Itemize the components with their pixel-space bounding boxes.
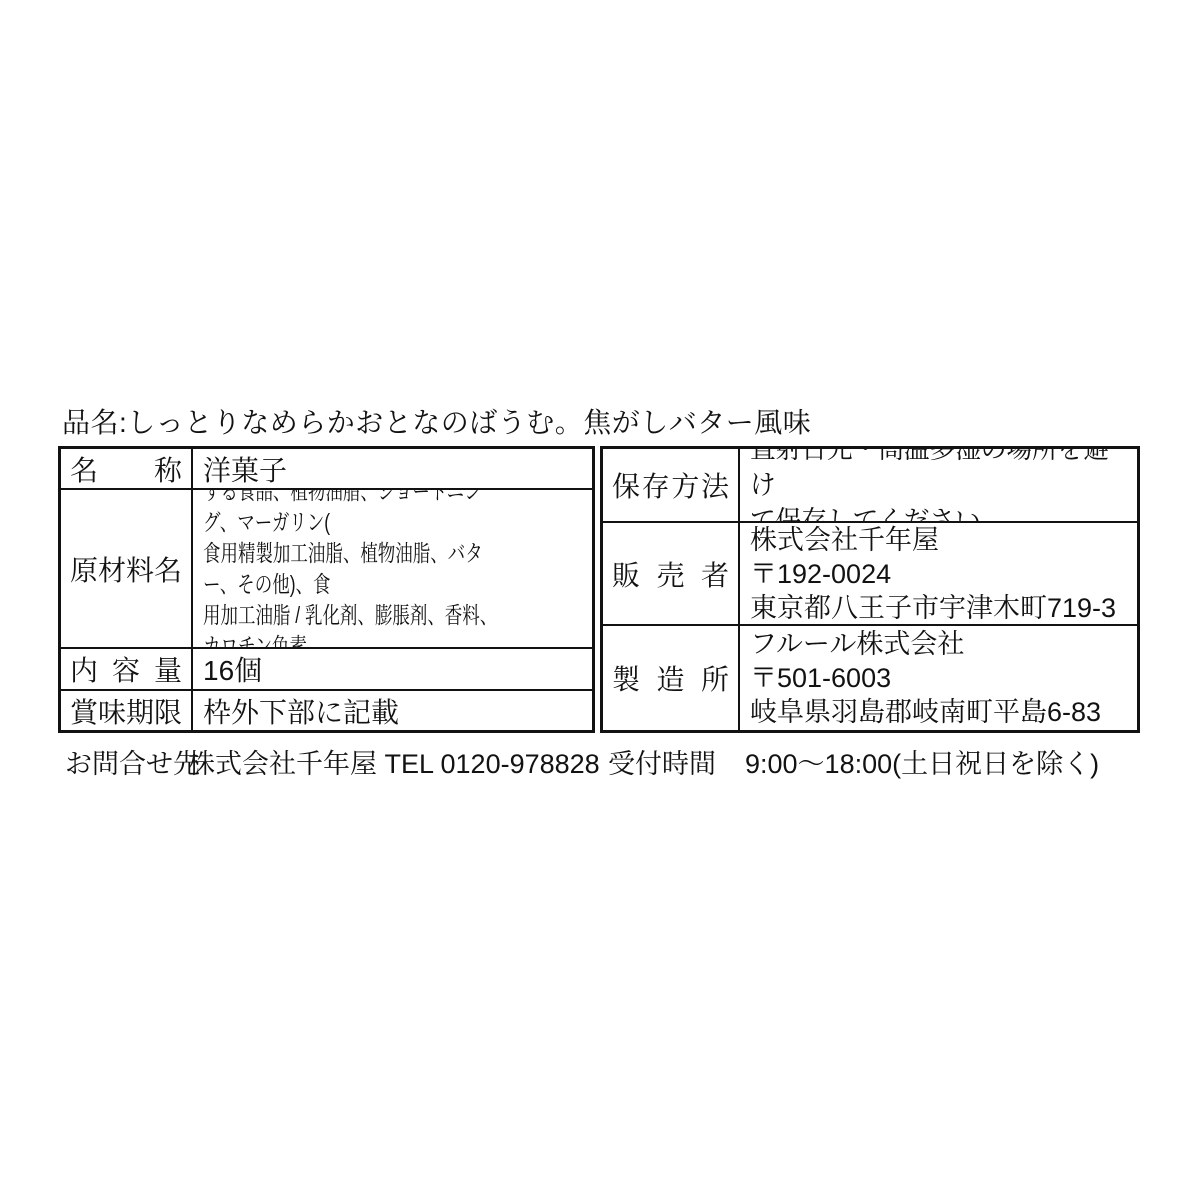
manufacturer-value-cell: フルール株式会社 〒501-6003 岐阜県羽島郡岐南町平島6-83 [740, 626, 1137, 730]
hours-label: 受付時間 [608, 742, 716, 781]
hours-value: 9:00〜18:00(土日祝日を除く) [745, 742, 1099, 781]
spec-table-right: 保存方法 直射日光・高温多湿の場所を避け て保存してください。 販売者 株式会社… [600, 446, 1140, 733]
field-value: 洋菓子 [203, 449, 287, 488]
name-label-cell: 名称 [61, 449, 191, 488]
field-label: 原材料名 [70, 549, 182, 589]
field-label: 賞味期限 [70, 691, 182, 730]
field-value: 16個 [203, 649, 262, 689]
net-content-value-cell: 16個 [193, 649, 592, 689]
best-before-value-cell: 枠外下部に記載 [193, 691, 592, 730]
field-label: 名称 [70, 449, 182, 488]
net-content-label-cell: 内容量 [61, 649, 191, 689]
name-value-cell: 洋菓子 [193, 449, 592, 488]
best-before-label-cell: 賞味期限 [61, 691, 191, 730]
ingredients-value-cell: 鶏卵(国内製造)、砂糖、小麦粉、乳等を主要原料と する食品、植物油脂、ショートニ… [193, 490, 592, 647]
field-label: 内容量 [70, 649, 182, 689]
manufacturer-label-cell: 製造所 [603, 626, 738, 730]
contact-label: お問合せ先 [65, 742, 200, 781]
product-name-title: 品名:しっとりなめらかおとなのばうむ。焦がしバター風味 [62, 407, 811, 439]
storage-label-cell: 保存方法 [603, 449, 738, 521]
field-label: 製造所 [612, 658, 729, 698]
seller-value-cell: 株式会社千年屋 〒192-0024 東京都八王子市宇津木町719-3 [740, 523, 1137, 624]
storage-value-cell: 直射日光・高温多湿の場所を避け て保存してください。 [740, 449, 1137, 521]
product-label: 品名:しっとりなめらかおとなのばうむ。焦がしバター風味 名称 洋菓子 原材料名 … [0, 0, 1200, 1200]
contact-value: 株式会社千年屋 TEL 0120-978828 [188, 742, 600, 781]
field-value: 枠外下部に記載 [203, 691, 399, 730]
field-label: 販売者 [612, 554, 729, 594]
ingredients-label-cell: 原材料名 [61, 490, 191, 647]
field-label: 保存方法 [612, 465, 729, 505]
field-value: 直射日光・高温多湿の場所を避け て保存してください。 [750, 449, 1118, 521]
contact-footer: お問合せ先 株式会社千年屋 TEL 0120-978828 受付時間 9:00〜… [58, 742, 1140, 776]
field-value: フルール株式会社 〒501-6003 岐阜県羽島郡岐南町平島6-83 [750, 627, 1101, 729]
field-value: 鶏卵(国内製造)、砂糖、小麦粉、乳等を主要原料と する食品、植物油脂、ショートニ… [203, 490, 499, 647]
field-value: 株式会社千年屋 〒192-0024 東京都八王子市宇津木町719-3 [750, 523, 1116, 624]
seller-label-cell: 販売者 [603, 523, 738, 624]
spec-table-left: 名称 洋菓子 原材料名 鶏卵(国内製造)、砂糖、小麦粉、乳等を主要原料と する食… [58, 446, 595, 733]
